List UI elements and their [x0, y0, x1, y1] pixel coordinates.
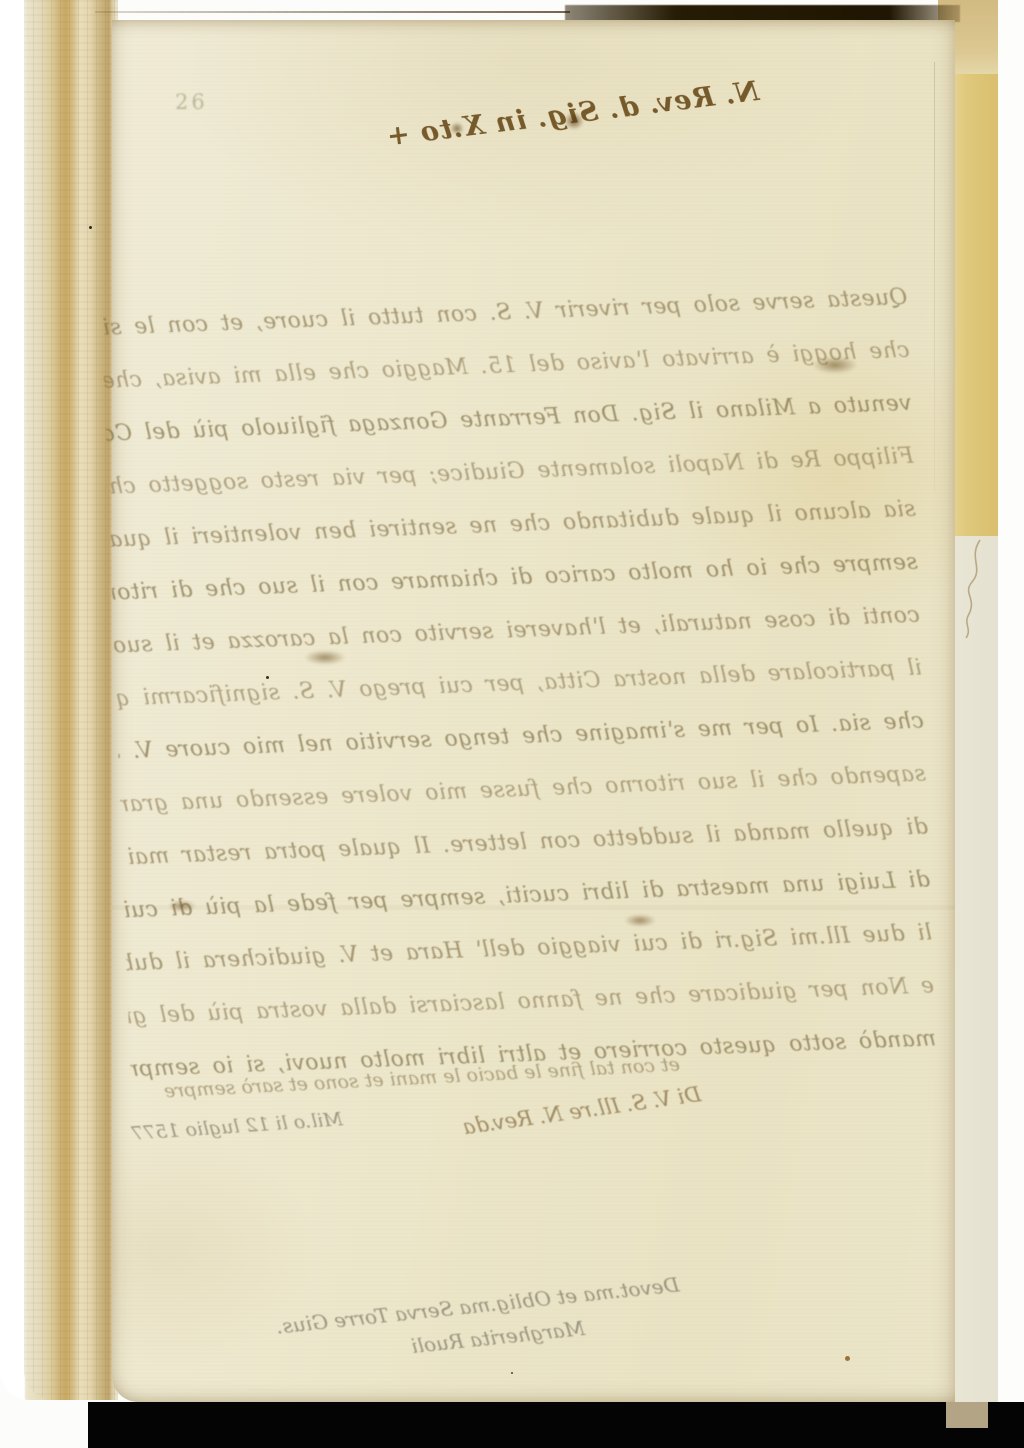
under-sheet-edge-pale: [948, 536, 998, 1402]
signature-bleedthrough: Di V. S. Ill.re N. Rev.da: [471, 1082, 702, 1138]
page-top-edge-line: [95, 11, 570, 13]
paper-speck: [89, 226, 92, 229]
ink-blot: [304, 650, 346, 665]
paper-crease-vertical: [934, 62, 935, 492]
address-line-1-bleedthrough: Devot.ma et Oblig.ma Serva Torre Gius.: [380, 1272, 681, 1327]
ink-blot: [450, 122, 464, 135]
page-bottom-edge-notch: [946, 1402, 988, 1428]
ink-blot: [812, 356, 858, 374]
scanner-margin-right: [998, 0, 1024, 1436]
under-sheet-edge-yellow: [948, 18, 998, 536]
dateline-bleedthrough: Mil.o li 12 luglio 1577: [118, 1108, 344, 1146]
binding-paper-layers: [24, 0, 118, 1400]
ink-blot: [624, 914, 656, 927]
page-number-stamp: 26: [175, 90, 208, 114]
paper-speck: [266, 676, 269, 679]
header-inscription-bleedthrough: N. Rev. d. Sig. in X.to +: [429, 76, 760, 147]
letter-body-bleedthrough: Questa serve solo per riverir V. S. con …: [101, 271, 937, 1096]
paper-speck: [845, 1356, 850, 1361]
ink-blot: [168, 900, 196, 912]
paper-speck: [511, 1372, 513, 1374]
manuscript-scan: 26 N. Rev. d. Sig. in X.to + Questa serv…: [0, 0, 1024, 1448]
margin-ink-squiggle: [958, 538, 988, 640]
scanner-bottom-bar: [88, 1402, 1024, 1448]
ink-blot: [564, 112, 584, 130]
manuscript-page: 26 N. Rev. d. Sig. in X.to + Questa serv…: [112, 20, 955, 1402]
